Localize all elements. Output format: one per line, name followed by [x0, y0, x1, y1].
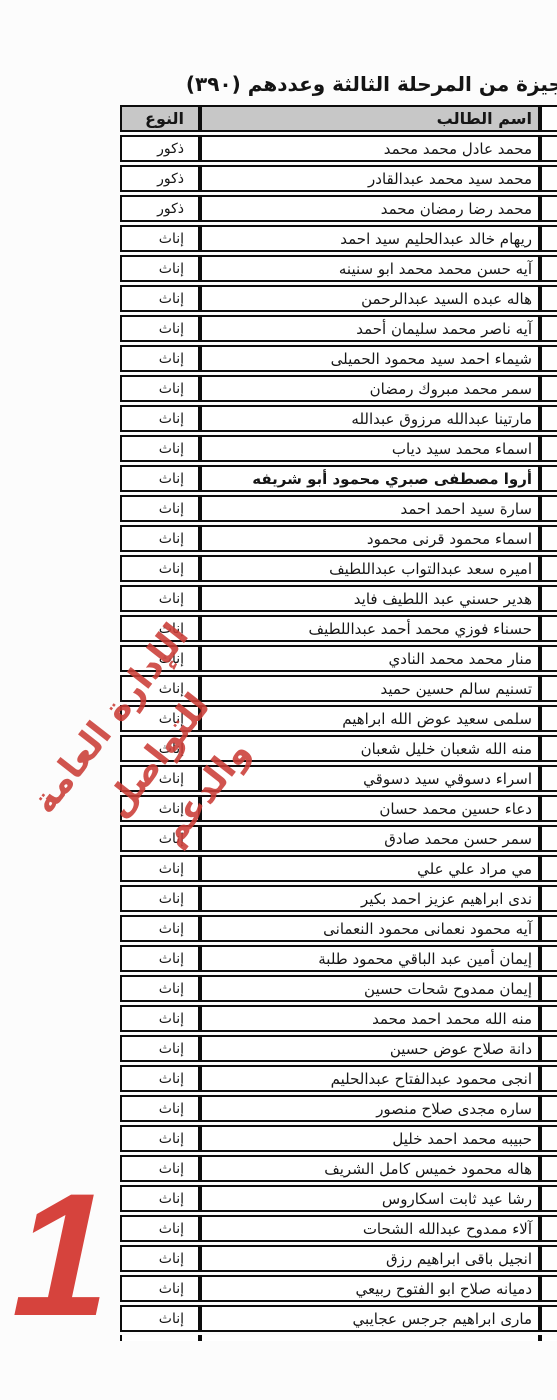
- serial-cell: [540, 915, 557, 942]
- table-row: اسماء محمد سيد ديابإناث: [120, 435, 557, 462]
- serial-cell: [540, 495, 557, 522]
- table-row: آلاء ممدوح عبدالله الشحاتإناث: [120, 1215, 557, 1242]
- student-name-cell: شيماء احمد سيد محمود الحميلى: [200, 345, 540, 372]
- table-row: هدير حسني عبد اللطيف فايدإناث: [120, 585, 557, 612]
- gender-cell: إناث: [120, 825, 200, 852]
- gender-cell: إناث: [120, 885, 200, 912]
- table-row: تسنيم سالم حسين حميدإناث: [120, 675, 557, 702]
- gender-cell: إناث: [120, 1125, 200, 1152]
- student-name-cell: دميانه صلاح ابو الفتوح ربيعي: [200, 1275, 540, 1302]
- serial-cell: [540, 1305, 557, 1332]
- gender-cell: إناث: [120, 405, 200, 432]
- stub-cell: [540, 1335, 557, 1341]
- serial-cell: [540, 645, 557, 672]
- gender-column-header: النوع: [120, 105, 200, 132]
- gender-cell: إناث: [120, 1095, 200, 1122]
- table-row: أروا مصطفى صبري محمود أبو شريفهإناث: [120, 465, 557, 492]
- student-name-cell: أروا مصطفى صبري محمود أبو شريفه: [200, 465, 540, 492]
- student-name-cell: هدير حسني عبد اللطيف فايد: [200, 585, 540, 612]
- student-name-column-header: اسم الطالب: [200, 105, 540, 132]
- table-row: انجى محمود عبدالفتاح عبدالحليمإناث: [120, 1065, 557, 1092]
- cutoff-row-stub: [120, 1335, 557, 1341]
- table-row: محمد رضا رمضان محمدذكور: [120, 195, 557, 222]
- page-title: جيزة من المرحلة الثالثة وعددهم (٣٩٠): [186, 72, 557, 96]
- serial-cell: [540, 705, 557, 732]
- serial-cell: [540, 1245, 557, 1272]
- serial-cell: [540, 465, 557, 492]
- table-row: إيمان أمين عبد الباقي محمود طلبةإناث: [120, 945, 557, 972]
- student-name-cell: حبيبه محمد احمد خليل: [200, 1125, 540, 1152]
- gender-cell: إناث: [120, 1035, 200, 1062]
- serial-cell: [540, 255, 557, 282]
- gender-cell: إناث: [120, 1185, 200, 1212]
- gender-cell: إناث: [120, 975, 200, 1002]
- student-name-cell: ساره مجدى صلاح منصور: [200, 1095, 540, 1122]
- student-name-cell: آيه محمود نعمانى محمود النعمانى: [200, 915, 540, 942]
- serial-cell: [540, 1185, 557, 1212]
- gender-cell: إناث: [120, 285, 200, 312]
- serial-cell: [540, 225, 557, 252]
- table-row: مارتينا عبدالله مرزوق عبداللهإناث: [120, 405, 557, 432]
- serial-column-header: [540, 105, 557, 132]
- student-name-cell: حسناء فوزي محمد أحمد عبداللطيف: [200, 615, 540, 642]
- table-row: حسناء فوزي محمد أحمد عبداللطيفإناث: [120, 615, 557, 642]
- gender-cell: إناث: [120, 915, 200, 942]
- student-table-body: محمد عادل محمد محمدذكورمحمد سيد محمد عبد…: [120, 135, 557, 1341]
- student-name-cell: مارى ابراهيم جرجس عجايبي: [200, 1305, 540, 1332]
- gender-cell: إناث: [120, 255, 200, 282]
- table-row: سلمى سعيد عوض الله ابراهيمإناث: [120, 705, 557, 732]
- serial-cell: [540, 555, 557, 582]
- gender-cell: إناث: [120, 1065, 200, 1092]
- gender-cell: إناث: [120, 345, 200, 372]
- student-name-cell: اسراء دسوقي سيد دسوقي: [200, 765, 540, 792]
- table-row: اسماء محمود قرنى محمودإناث: [120, 525, 557, 552]
- gender-cell: إناث: [120, 945, 200, 972]
- student-name-cell: تسنيم سالم حسين حميد: [200, 675, 540, 702]
- serial-cell: [540, 345, 557, 372]
- student-name-cell: منار محمد محمد النادي: [200, 645, 540, 672]
- student-name-cell: منه الله شعبان خليل شعبان: [200, 735, 540, 762]
- serial-cell: [540, 675, 557, 702]
- serial-cell: [540, 585, 557, 612]
- serial-cell: [540, 135, 557, 162]
- gender-cell: إناث: [120, 735, 200, 762]
- student-name-cell: انجى محمود عبدالفتاح عبدالحليم: [200, 1065, 540, 1092]
- gender-cell: إناث: [120, 435, 200, 462]
- serial-cell: [540, 1035, 557, 1062]
- table-row: شيماء احمد سيد محمود الحميلىإناث: [120, 345, 557, 372]
- gender-cell: ذكور: [120, 165, 200, 192]
- student-name-cell: سارة سيد احمد احمد: [200, 495, 540, 522]
- serial-cell: [540, 795, 557, 822]
- student-name-cell: محمد رضا رمضان محمد: [200, 195, 540, 222]
- gender-cell: إناث: [120, 315, 200, 342]
- stub-cell: [200, 1335, 540, 1341]
- gender-cell: إناث: [120, 1215, 200, 1242]
- student-name-cell: اسماء محمود قرنى محمود: [200, 525, 540, 552]
- table-row: حبيبه محمد احمد خليلإناث: [120, 1125, 557, 1152]
- gender-cell: إناث: [120, 855, 200, 882]
- student-name-cell: مارتينا عبدالله مرزوق عبدالله: [200, 405, 540, 432]
- serial-cell: [540, 315, 557, 342]
- table-row: انجيل باقى ابراهيم رزقإناث: [120, 1245, 557, 1272]
- student-name-cell: اميره سعد عبدالتواب عبداللطيف: [200, 555, 540, 582]
- table-row: ريهام خالد عبدالحليم سيد احمدإناث: [120, 225, 557, 252]
- gender-cell: ذكور: [120, 195, 200, 222]
- gender-cell: إناث: [120, 1005, 200, 1032]
- table-row: محمد سيد محمد عبدالقادرذكور: [120, 165, 557, 192]
- student-name-cell: مي مراد علي علي: [200, 855, 540, 882]
- gender-cell: إناث: [120, 375, 200, 402]
- student-name-cell: انجيل باقى ابراهيم رزق: [200, 1245, 540, 1272]
- serial-cell: [540, 1125, 557, 1152]
- student-name-cell: آلاء ممدوح عبدالله الشحات: [200, 1215, 540, 1242]
- table-row: منه الله محمد احمد محمدإناث: [120, 1005, 557, 1032]
- student-name-cell: اسماء محمد سيد دياب: [200, 435, 540, 462]
- student-name-cell: آيه حسن محمد محمد ابو سنينه: [200, 255, 540, 282]
- table-row: مارى ابراهيم جرجس عجايبيإناث: [120, 1305, 557, 1332]
- serial-cell: [540, 945, 557, 972]
- gender-cell: إناث: [120, 1275, 200, 1302]
- student-table: اسم الطالب النوع محمد عادل محمد محمدذكور…: [120, 102, 557, 1344]
- table-header-row: اسم الطالب النوع: [120, 105, 557, 132]
- gender-cell: إناث: [120, 765, 200, 792]
- gender-cell: إناث: [120, 615, 200, 642]
- student-name-cell: دانة صلاح عوض حسين: [200, 1035, 540, 1062]
- student-name-cell: سمر حسن محمد صادق: [200, 825, 540, 852]
- table-row: محمد عادل محمد محمدذكور: [120, 135, 557, 162]
- serial-cell: [540, 885, 557, 912]
- table-row: سمر حسن محمد صادقإناث: [120, 825, 557, 852]
- student-name-cell: هاله محمود خميس كامل الشريف: [200, 1155, 540, 1182]
- serial-cell: [540, 1005, 557, 1032]
- student-name-cell: منه الله محمد احمد محمد: [200, 1005, 540, 1032]
- table-row: آيه ناصر محمد سليمان أحمدإناث: [120, 315, 557, 342]
- gender-cell: إناث: [120, 585, 200, 612]
- serial-cell: [540, 825, 557, 852]
- serial-cell: [540, 1095, 557, 1122]
- serial-cell: [540, 1155, 557, 1182]
- table-row: هاله محمود خميس كامل الشريفإناث: [120, 1155, 557, 1182]
- gender-cell: إناث: [120, 525, 200, 552]
- table-row: اميره سعد عبدالتواب عبداللطيفإناث: [120, 555, 557, 582]
- table-row: سمر محمد مبروك رمضانإناث: [120, 375, 557, 402]
- gender-cell: إناث: [120, 225, 200, 252]
- serial-cell: [540, 615, 557, 642]
- table-row: دعاء حسين محمد حسانإناث: [120, 795, 557, 822]
- table-row: إيمان ممدوح شحات حسينإناث: [120, 975, 557, 1002]
- table-row: سارة سيد احمد احمدإناث: [120, 495, 557, 522]
- table-row: دميانه صلاح ابو الفتوح ربيعيإناث: [120, 1275, 557, 1302]
- student-name-cell: سمر محمد مبروك رمضان: [200, 375, 540, 402]
- serial-cell: [540, 285, 557, 312]
- serial-cell: [540, 165, 557, 192]
- gender-cell: إناث: [120, 645, 200, 672]
- student-name-cell: آيه ناصر محمد سليمان أحمد: [200, 315, 540, 342]
- stub-cell: [120, 1335, 200, 1341]
- student-name-cell: هاله عبده السيد عبدالرحمن: [200, 285, 540, 312]
- serial-cell: [540, 1215, 557, 1242]
- gender-cell: ذكور: [120, 135, 200, 162]
- table-row: آيه محمود نعمانى محمود النعمانىإناث: [120, 915, 557, 942]
- student-name-cell: إيمان ممدوح شحات حسين: [200, 975, 540, 1002]
- gender-cell: إناث: [120, 495, 200, 522]
- gender-cell: إناث: [120, 465, 200, 492]
- serial-cell: [540, 1065, 557, 1092]
- table-row: ساره مجدى صلاح منصورإناث: [120, 1095, 557, 1122]
- gender-cell: إناث: [120, 555, 200, 582]
- serial-cell: [540, 405, 557, 432]
- serial-cell: [540, 1275, 557, 1302]
- serial-cell: [540, 975, 557, 1002]
- table-row: هاله عبده السيد عبدالرحمنإناث: [120, 285, 557, 312]
- serial-cell: [540, 375, 557, 402]
- serial-cell: [540, 435, 557, 462]
- student-name-cell: رشا عيد ثابت اسكاروس: [200, 1185, 540, 1212]
- serial-cell: [540, 765, 557, 792]
- student-name-cell: محمد سيد محمد عبدالقادر: [200, 165, 540, 192]
- gender-cell: إناث: [120, 1305, 200, 1332]
- gender-cell: إناث: [120, 795, 200, 822]
- student-name-cell: سلمى سعيد عوض الله ابراهيم: [200, 705, 540, 732]
- student-name-cell: ندى ابراهيم عزيز احمد بكير: [200, 885, 540, 912]
- table-row: ندى ابراهيم عزيز احمد بكيرإناث: [120, 885, 557, 912]
- table-row: رشا عيد ثابت اسكاروسإناث: [120, 1185, 557, 1212]
- student-name-cell: محمد عادل محمد محمد: [200, 135, 540, 162]
- student-name-cell: ريهام خالد عبدالحليم سيد احمد: [200, 225, 540, 252]
- serial-cell: [540, 855, 557, 882]
- table-row: منار محمد محمد الناديإناث: [120, 645, 557, 672]
- student-name-cell: دعاء حسين محمد حسان: [200, 795, 540, 822]
- serial-cell: [540, 735, 557, 762]
- page-number: 1: [0, 1168, 132, 1343]
- table-row: آيه حسن محمد محمد ابو سنينهإناث: [120, 255, 557, 282]
- gender-cell: إناث: [120, 1245, 200, 1272]
- table-row: اسراء دسوقي سيد دسوقيإناث: [120, 765, 557, 792]
- serial-cell: [540, 195, 557, 222]
- student-name-cell: إيمان أمين عبد الباقي محمود طلبة: [200, 945, 540, 972]
- gender-cell: إناث: [120, 705, 200, 732]
- serial-cell: [540, 525, 557, 552]
- table-row: منه الله شعبان خليل شعبانإناث: [120, 735, 557, 762]
- table-row: دانة صلاح عوض حسينإناث: [120, 1035, 557, 1062]
- table-row: مي مراد علي عليإناث: [120, 855, 557, 882]
- gender-cell: إناث: [120, 675, 200, 702]
